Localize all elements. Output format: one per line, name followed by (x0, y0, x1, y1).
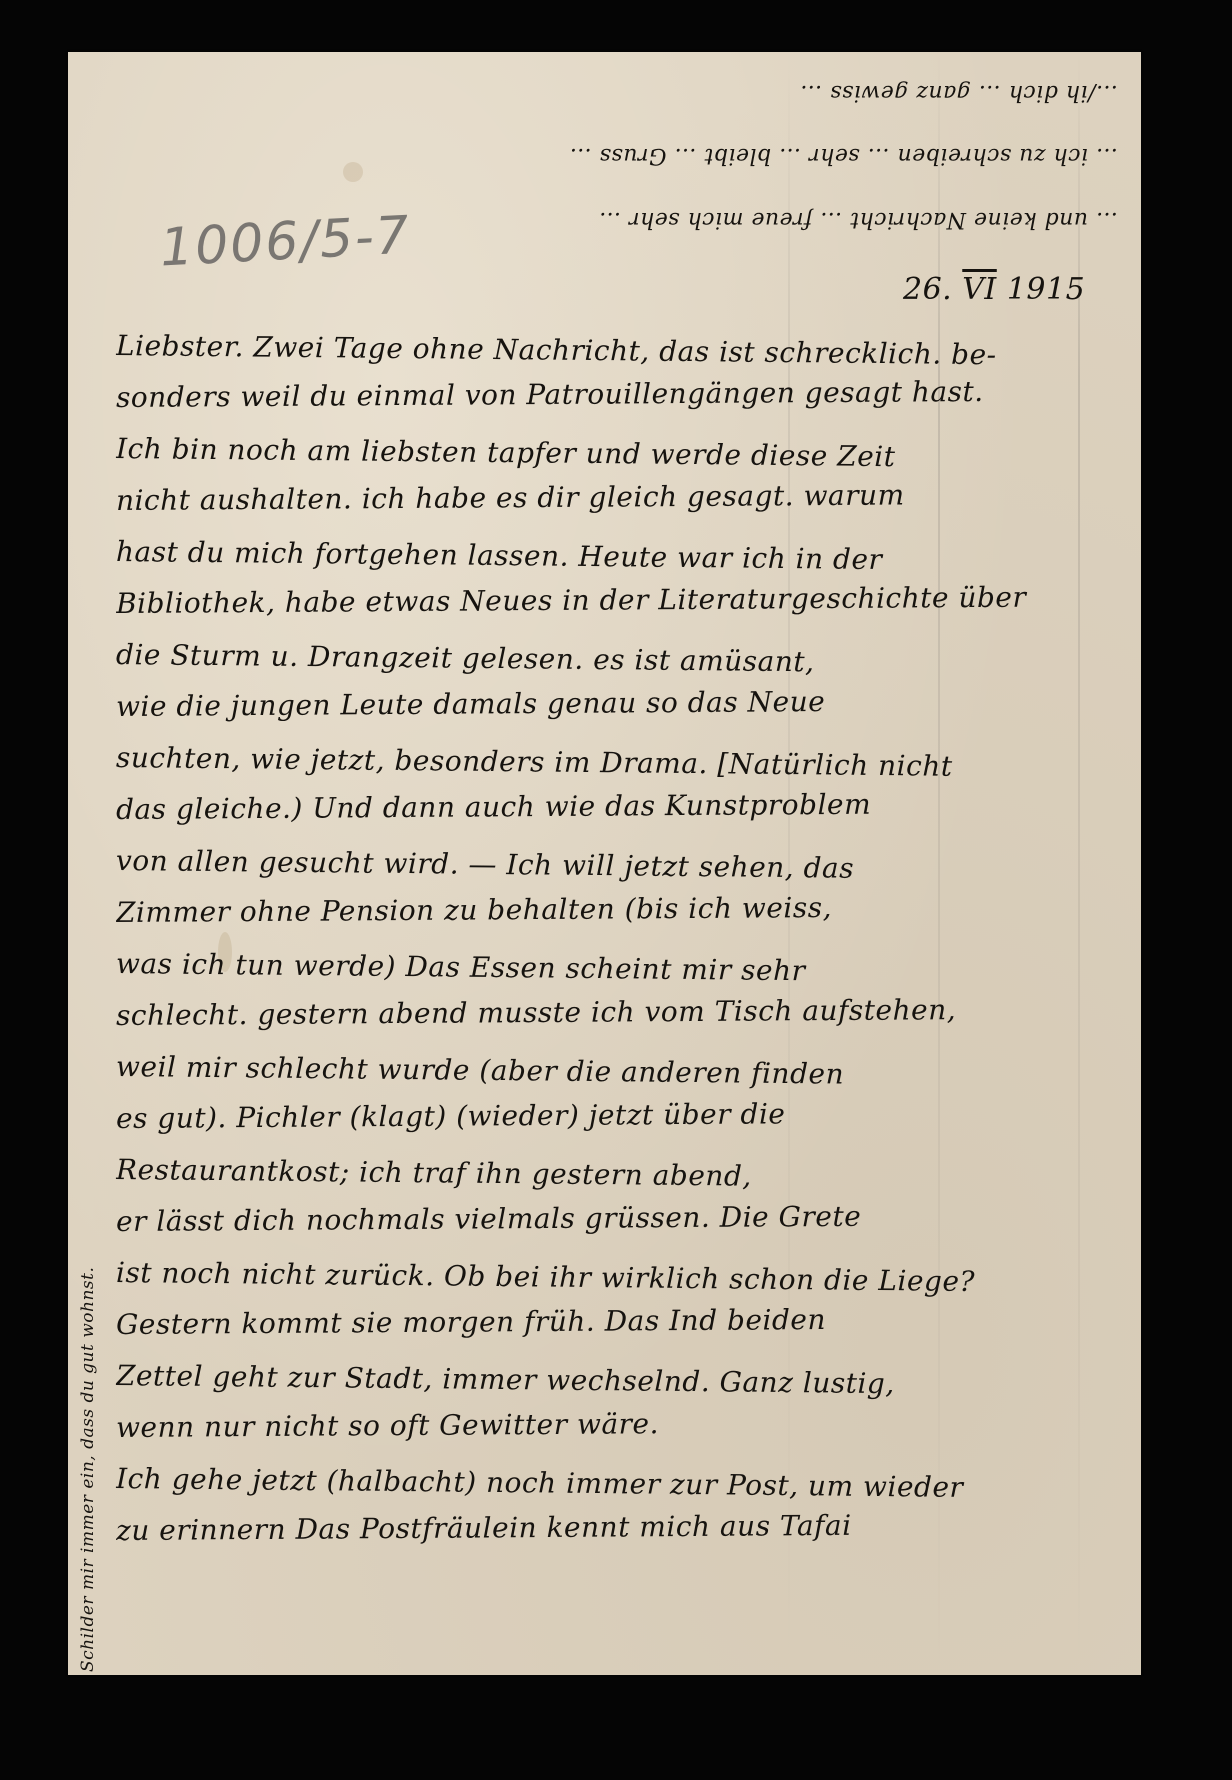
letter-body: Liebster. Zwei Tage ohne Nachricht, das … (116, 320, 1116, 1556)
body-line: schlecht. gestern abend musste ich vom T… (116, 983, 1116, 1041)
body-line: Zimmer ohne Pension zu behalten (bis ich… (116, 880, 1116, 938)
body-line: wie die jungen Leute damals genau so das… (116, 674, 1116, 732)
postcard: … und keine Nachricht … freue mich sehr … (68, 52, 1141, 1675)
body-line: es gut). Pichler (klagt) (wieder) jetzt … (116, 1086, 1116, 1144)
body-line: Gestern kommt sie morgen früh. Das Ind b… (116, 1292, 1116, 1350)
archive-number: 1006/5-7 (159, 205, 413, 278)
body-line: er lässt dich nochmals vielmals grüssen.… (116, 1189, 1116, 1247)
date-day: 26. (903, 272, 952, 307)
date-year: 1915 (1007, 272, 1085, 307)
date-month: VI (962, 272, 997, 307)
body-line: wenn nur nicht so oft Gewitter wäre. (116, 1395, 1116, 1453)
header-line: …/ih dich … ganz gewiss … (108, 78, 1118, 104)
body-line: Bibliothek, habe etwas Neues in der Lite… (116, 571, 1116, 629)
body-line: das gleiche.) Und dann auch wie das Kuns… (116, 777, 1116, 835)
vertical-margin-note: Schilder mir immer ein, dass du gut wohn… (78, 1042, 98, 1672)
header-line: … ich zu schreiben … sehr … bleibt … Gru… (108, 142, 1118, 168)
body-line: zu erinnern Das Postfräulein kennt mich … (116, 1498, 1116, 1556)
letter-date: 26. VI 1915 (903, 272, 1085, 307)
body-line: sonders weil du einmal von Patrouillengä… (116, 365, 1116, 423)
body-line: nicht aushalten. ich habe es dir gleich … (116, 468, 1116, 526)
